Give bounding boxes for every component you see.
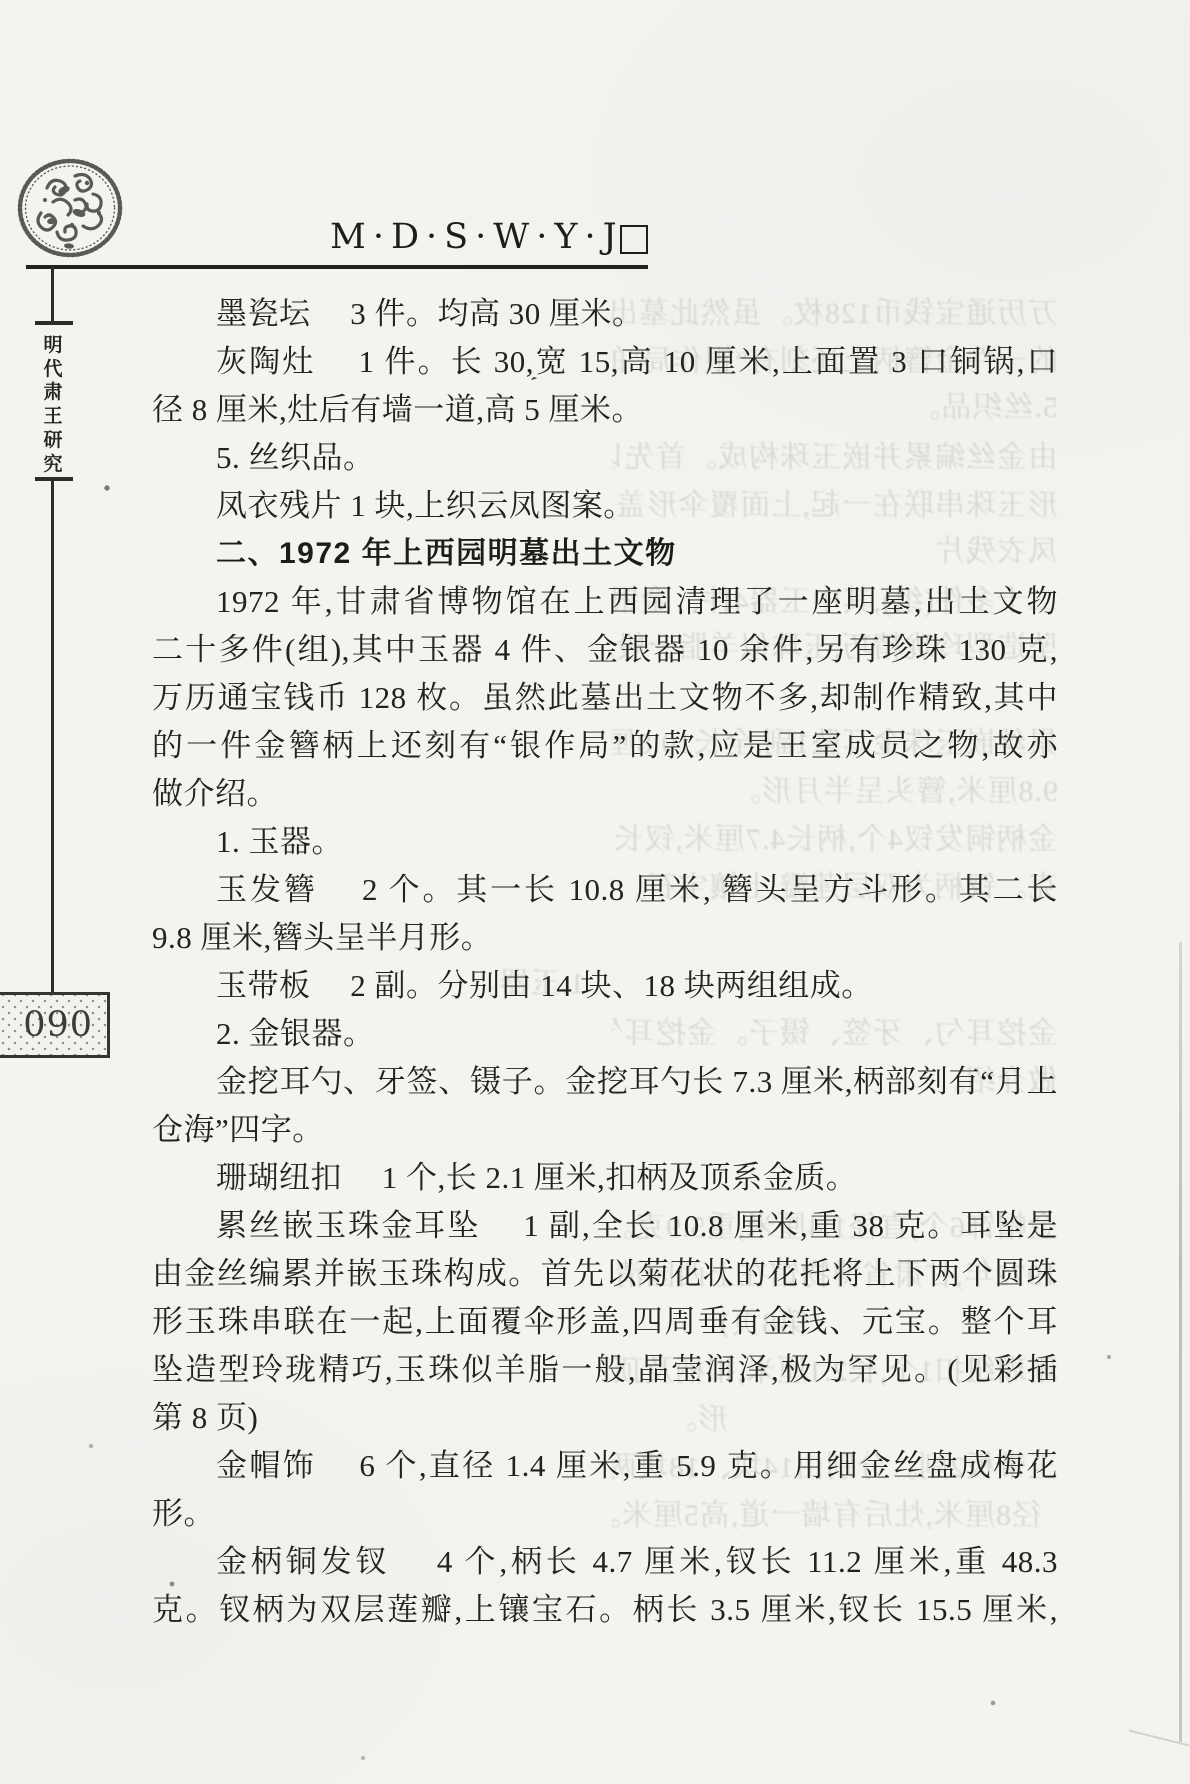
text-line: 5. 丝织品。 bbox=[152, 434, 1058, 482]
text-line: 做介绍。 bbox=[152, 770, 1058, 818]
text-line: 万历通宝钱币 128 枚。虽然此墓出土文物不多,却制作精致,其中 bbox=[152, 674, 1058, 722]
text-line: 金挖耳勺、牙签、镊子。金挖耳勺长 7.3 厘米,柄部刻有“月上 bbox=[152, 1058, 1058, 1106]
sidebar-bar-top bbox=[35, 321, 73, 325]
scan-artifact-specks bbox=[0, 0, 2, 2]
seal-pattern bbox=[38, 175, 102, 241]
text-line: 克。钗柄为双层莲瓣,上镶宝石。柄长 3.5 厘米,钗长 15.5 厘米, bbox=[152, 1586, 1058, 1634]
text-line: 二十多件(组),其中玉器 4 件、金银器 10 余件,另有珍珠 130 克, bbox=[152, 626, 1058, 674]
text-line: 仓海”四字。 bbox=[152, 1106, 1058, 1154]
text-line: 坠造型玲珑精巧,玉珠似羊脂一般,晶莹润泽,极为罕见。(见彩插 bbox=[152, 1346, 1058, 1394]
text-line: 径 8 厘米,灶后有墙一道,高 5 厘米。 bbox=[152, 386, 1058, 434]
sidebar-title-char: 王 bbox=[42, 405, 64, 429]
text-line: 累丝嵌玉珠金耳坠 1 副,全长 10.8 厘米,重 38 克。耳坠是 bbox=[152, 1202, 1058, 1250]
sidebar-title: 明代肃王研究 bbox=[42, 334, 64, 476]
text-line: 凤衣残片 1 块,上织云凤图案。 bbox=[152, 482, 1058, 530]
library-seal-stamp bbox=[17, 158, 123, 258]
text-line: 2. 金银器。 bbox=[152, 1010, 1058, 1058]
text-line: 的一件金簪柄上还刻有“银作局”的款,应是王室成员之物,故亦 bbox=[152, 722, 1058, 770]
sidebar-bar-bottom bbox=[35, 477, 73, 481]
text-line: 由金丝编累并嵌玉珠构成。首先以菊花状的花托将上下两个圆珠 bbox=[152, 1250, 1058, 1298]
text-line: 珊瑚纽扣 1 个,长 2.1 厘米,扣柄及顶系金质。 bbox=[152, 1154, 1058, 1202]
header-rule bbox=[26, 265, 648, 269]
text-line: 金柄铜发钗 4 个,柄长 4.7 厘米,钗长 11.2 厘米,重 48.3 bbox=[152, 1538, 1058, 1586]
text-line: 1972 年,甘肃省博物馆在上西园清理了一座明墓,出土文物 bbox=[152, 578, 1058, 626]
running-head-box-glyph bbox=[620, 225, 648, 254]
sidebar-line-upper bbox=[51, 267, 54, 323]
text-line: 形。 bbox=[152, 1490, 1058, 1538]
text-line: 玉发簪 2 个。其一长 10.8 厘米, 簪头呈方斗形。其二长 bbox=[152, 866, 1058, 914]
text-line: 形玉珠串联在一起,上面覆伞形盖,四周垂有金钱、元宝。整个耳 bbox=[152, 1298, 1058, 1346]
text-line: 金帽饰 6 个,直径 1.4 厘米,重 5.9 克。用细金丝盘成梅花 bbox=[152, 1442, 1058, 1490]
sidebar-title-char: 究 bbox=[42, 453, 64, 477]
text-line: 第 8 页) bbox=[152, 1394, 1058, 1442]
sidebar-title-char: 明 bbox=[42, 334, 64, 358]
sidebar-line-lower bbox=[51, 480, 54, 993]
sidebar-title-char: 肃 bbox=[42, 381, 64, 405]
section-heading: 二、1972 年上西园明墓出土文物 bbox=[152, 530, 1058, 578]
page-number: 090 bbox=[23, 995, 107, 1055]
sidebar-title-char: 研 bbox=[42, 429, 64, 453]
text-line: 9.8 厘米,簪头呈半月形。 bbox=[152, 914, 1058, 962]
book-page: M·D·S·W·Y·J 明代肃王研究 090 万历通宝钱币128枚。虽然此墓出土… bbox=[0, 0, 1190, 1784]
text-line: 灰陶灶 1 件。长 30,宽 15,高 10 厘米,上面置 3 口铜锅,口 bbox=[152, 338, 1058, 386]
text-line: 1. 玉器。 bbox=[152, 818, 1058, 866]
sidebar-title-char: 代 bbox=[42, 358, 64, 382]
text-line: 玉带板 2 副。分别由 14 块、18 块两组组成。 bbox=[152, 962, 1058, 1010]
page-edge-shadow bbox=[1179, 942, 1182, 1742]
page-number-badge: 090 bbox=[0, 992, 110, 1058]
text-line: 墨瓷坛 3 件。均高 30 厘米。 bbox=[152, 290, 1058, 338]
running-head-title: M·D·S·W·Y·J bbox=[330, 218, 624, 256]
body-text: 墨瓷坛 3 件。均高 30 厘米。灰陶灶 1 件。长 30,宽 15,高 10 … bbox=[152, 290, 1058, 1634]
